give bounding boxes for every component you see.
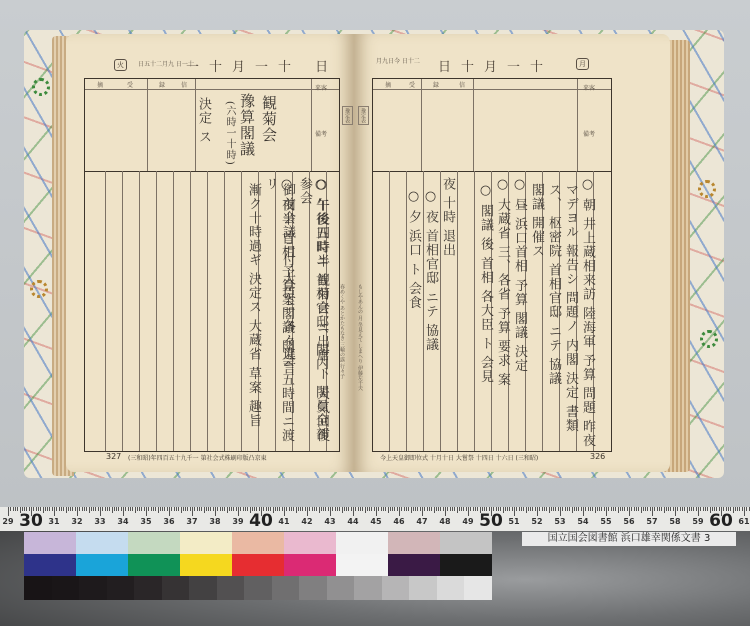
light-swatch-row — [24, 532, 492, 554]
ruler-number: 31 — [48, 517, 59, 526]
ruler-tick — [215, 507, 216, 516]
ruler-number: 51 — [508, 517, 519, 526]
column-header: 録 — [159, 80, 165, 89]
color-swatch — [24, 576, 52, 600]
ruler-minor-tick — [597, 507, 598, 511]
ruler-minor-tick — [565, 507, 566, 511]
page-footer: (三和昭)年四百五十九千一 第社会式株刷印版凸京東 — [128, 453, 267, 462]
ruler-minor-tick — [599, 507, 600, 511]
weekday-badge: 火 — [114, 59, 127, 71]
ruler-minor-tick — [144, 507, 145, 511]
ruler-tick — [468, 507, 469, 516]
ruler-minor-tick — [102, 507, 103, 511]
flower-motif — [32, 78, 50, 96]
column-header: 信 — [459, 80, 465, 89]
ruler-minor-tick — [190, 507, 191, 511]
page-footer: 今上天皇御即位式 十月十日 大嘗祭 十四日 十六日 (三和昭) — [380, 453, 538, 462]
ruler-minor-tick — [739, 507, 740, 511]
ruler-minor-tick — [204, 507, 205, 513]
ruler-minor-tick — [645, 507, 646, 511]
handwritten-note: 観菊会 — [261, 95, 277, 143]
ruler-minor-tick — [388, 507, 389, 513]
handwritten-note: (六時一十時) — [221, 101, 237, 166]
ruler-minor-tick — [707, 507, 708, 511]
ruler-minor-tick — [130, 507, 131, 511]
ruler-minor-tick — [346, 507, 347, 511]
ruler-minor-tick — [243, 507, 244, 511]
ruler-minor-tick — [158, 507, 159, 513]
ruler-minor-tick — [454, 507, 455, 511]
side-label: 来客 — [315, 83, 327, 92]
ruler-minor-tick — [109, 507, 110, 511]
ruled-line — [241, 171, 242, 451]
color-swatch — [327, 576, 355, 600]
ruler-minor-tick — [684, 507, 685, 511]
ruler-minor-tick — [576, 507, 577, 511]
ruler-minor-tick — [696, 507, 697, 511]
color-swatch — [128, 554, 180, 576]
ruler-minor-tick — [604, 507, 605, 511]
ruler-minor-tick — [194, 507, 195, 511]
ruler-number: 46 — [393, 517, 404, 526]
ruled-line — [207, 171, 208, 451]
ruler-minor-tick — [424, 507, 425, 511]
ruler-minor-tick — [611, 507, 612, 511]
ruler-minor-tick — [183, 507, 184, 511]
color-swatch — [299, 576, 327, 600]
ruler-minor-tick — [139, 507, 140, 511]
page-number: 326 — [590, 452, 605, 461]
ruler-minor-tick — [703, 507, 704, 511]
column-header: 録 — [433, 80, 439, 89]
ruler-tick — [330, 507, 331, 516]
ruler-minor-tick — [89, 507, 90, 513]
ruler-minor-tick — [201, 507, 202, 511]
ruler-minor-tick — [337, 507, 338, 511]
color-swatch — [284, 532, 336, 554]
ruler-minor-tick — [634, 507, 635, 511]
ruler-minor-tick — [52, 507, 53, 511]
ruler-minor-tick — [137, 507, 138, 511]
color-swatch — [244, 576, 272, 600]
column-header: 受 — [409, 80, 415, 89]
ruler-minor-tick — [572, 507, 573, 513]
ruler-minor-tick — [519, 507, 520, 511]
ruler-minor-tick — [56, 507, 57, 511]
color-swatch — [440, 554, 492, 576]
ruler-minor-tick — [160, 507, 161, 511]
ruler-minor-tick — [601, 507, 602, 511]
color-swatch — [437, 576, 465, 600]
ruler-minor-tick — [657, 507, 658, 511]
column-rule — [311, 79, 312, 171]
side-label: 来客 — [583, 83, 595, 92]
ruler-minor-tick — [277, 507, 278, 511]
ruler-minor-tick — [505, 507, 506, 511]
ruler-minor-tick — [429, 507, 430, 511]
ruler-minor-tick — [477, 507, 478, 511]
ruler-tick — [8, 507, 9, 516]
handwritten-note: 豫算閣議 — [239, 93, 255, 157]
ruler-minor-tick — [470, 507, 471, 511]
ruler-tick — [307, 507, 308, 516]
ruler-minor-tick — [385, 507, 386, 511]
ruler-number: 50 — [479, 511, 503, 531]
date-title: 日十月一十 — [438, 56, 553, 75]
entry-grid: 摘 受 録 信 来客 備考 ○ 朝 井上蔵相来訪 陸海軍 予算 問題 昨夜 マデ… — [372, 78, 612, 452]
ruler-minor-tick — [381, 507, 382, 511]
handwritten-entry: ○ 昼 浜口首相 予算 閣議 決定 — [511, 177, 527, 373]
ruler-minor-tick — [447, 507, 448, 511]
ruler-minor-tick — [82, 507, 83, 511]
ruler-minor-tick — [355, 507, 356, 511]
ruler-minor-tick — [66, 507, 67, 513]
handwritten-entry: ○ 夜 首相官邸 ニテ 協議 — [422, 189, 438, 352]
handwritten-entry: 閣議 開催ス — [528, 183, 544, 258]
ruler-minor-tick — [737, 507, 738, 511]
side-tab-label: 豫定表 — [342, 106, 353, 125]
ruled-line — [156, 171, 157, 451]
column-rule — [577, 79, 578, 171]
ruler-minor-tick — [95, 507, 96, 511]
ruler-minor-tick — [578, 507, 579, 511]
ruler-minor-tick — [650, 507, 651, 511]
ruler-minor-tick — [178, 507, 179, 511]
ruler-minor-tick — [213, 507, 214, 511]
ruler-minor-tick — [562, 507, 563, 511]
ruler-minor-tick — [551, 507, 552, 511]
ruler-minor-tick — [705, 507, 706, 511]
small-date-text: 月九日今 日十二 — [376, 56, 420, 65]
ruler-number: 49 — [462, 517, 473, 526]
ruler-minor-tick — [247, 507, 248, 511]
ruler-minor-tick — [440, 507, 441, 511]
ruler-minor-tick — [528, 507, 529, 511]
ruler-tick — [123, 507, 124, 516]
date-title: 一十月一十 日 — [186, 56, 338, 75]
ruler-minor-tick — [588, 507, 589, 511]
catalog-label: 国立国会図書館 浜口雄幸関係文書 3 — [522, 532, 736, 546]
ruler-minor-tick — [463, 507, 464, 511]
ruler-minor-tick — [348, 507, 349, 511]
ruler-minor-tick — [673, 507, 674, 511]
ruler-minor-tick — [365, 507, 366, 513]
ruler-minor-tick — [585, 507, 586, 511]
ruler-number: 33 — [94, 517, 105, 526]
ruler-minor-tick — [323, 507, 324, 511]
ruler-minor-tick — [141, 507, 142, 511]
ruler-minor-tick — [167, 507, 168, 511]
side-label: 備考 — [315, 129, 327, 138]
handwritten-entry: ○ 朝 井上蔵相来訪 陸海軍 予算 問題 昨夜 — [579, 177, 595, 448]
ruler-number: 38 — [209, 517, 220, 526]
color-swatch — [76, 532, 128, 554]
ruler-minor-tick — [394, 507, 395, 511]
entry-grid: 摘 受 録 信 来客 備考 観菊会 豫算閣議 (六時一十時) 決定 ス ○ 午 — [84, 78, 340, 452]
handwritten-entry: ○ 大蔵省 三、各省 予算 要求 案 — [494, 177, 510, 387]
ruler-minor-tick — [553, 507, 554, 511]
ruler-minor-tick — [735, 507, 736, 511]
ruler-minor-tick — [302, 507, 303, 511]
ruler-minor-tick — [620, 507, 621, 511]
ruler-minor-tick — [411, 507, 412, 513]
ruler-minor-tick — [13, 507, 14, 511]
ruler-minor-tick — [185, 507, 186, 511]
handwritten-entry: ○ 閣議 後 首相 各大臣 ト 会見 — [477, 183, 493, 384]
ruler-number: 56 — [623, 517, 634, 526]
ruler-minor-tick — [401, 507, 402, 511]
handwritten-note: 決定 ス — [195, 97, 211, 144]
ruler-number: 53 — [554, 517, 565, 526]
ruler-minor-tick — [289, 507, 290, 511]
ruler-minor-tick — [358, 507, 359, 511]
ruler-minor-tick — [339, 507, 340, 511]
color-swatch — [409, 576, 437, 600]
ruler-minor-tick — [521, 507, 522, 511]
ruler-minor-tick — [627, 507, 628, 511]
ruler-minor-tick — [112, 507, 113, 513]
color-swatch — [232, 554, 284, 576]
ruler-number: 40 — [249, 511, 273, 531]
ruler-minor-tick — [369, 507, 370, 511]
ruler-number: 44 — [347, 517, 358, 526]
ruler-tick — [399, 507, 400, 516]
ruler-number: 54 — [577, 517, 588, 526]
ruler-minor-tick — [114, 507, 115, 511]
ruler-minor-tick — [321, 507, 322, 511]
ruler-minor-tick — [181, 507, 182, 513]
ruler-minor-tick — [309, 507, 310, 511]
ruler-minor-tick — [164, 507, 165, 511]
header-rule — [85, 89, 339, 90]
ruler-minor-tick — [155, 507, 156, 511]
ruler-minor-tick — [595, 507, 596, 513]
diary-page-left: 火 日五十二月九 日一十 一十月一十 日 摘 受 録 信 来客 備考 — [66, 34, 354, 472]
ruler-minor-tick — [227, 507, 228, 513]
ruler-number: 41 — [278, 517, 289, 526]
color-swatch — [440, 532, 492, 554]
ruler-minor-tick — [360, 507, 361, 511]
ruler-minor-tick — [535, 507, 536, 511]
ruler-minor-tick — [404, 507, 405, 511]
ruler-minor-tick — [431, 507, 432, 511]
ruler-number: 35 — [140, 517, 151, 526]
ruler-minor-tick — [549, 507, 550, 513]
ruler-minor-tick — [312, 507, 313, 511]
ruler-minor-tick — [49, 507, 50, 511]
ruled-line — [173, 171, 174, 451]
ruler-minor-tick — [275, 507, 276, 511]
ruler-minor-tick — [406, 507, 407, 511]
ruler-minor-tick — [75, 507, 76, 511]
margin-quote: もしやあんの 月 冬見えて しまへり 伊藤左千夫 — [356, 284, 363, 404]
handwritten-entry: ○ 夜半 首相 予算案閣議 開会 五時間ニ渡リ — [262, 177, 294, 451]
ruler-minor-tick — [682, 507, 683, 511]
ruler-number: 47 — [416, 517, 427, 526]
ruled-line — [474, 171, 475, 451]
ruler-minor-tick — [641, 507, 642, 513]
ruler-minor-tick — [342, 507, 343, 513]
column-header: 摘 — [385, 80, 391, 89]
ruler-number: 52 — [531, 517, 542, 526]
ruler-minor-tick — [590, 507, 591, 511]
ruler-minor-tick — [229, 507, 230, 511]
ruler-minor-tick — [15, 507, 16, 511]
color-swatch — [180, 554, 232, 576]
ruler-number: 59 — [692, 517, 703, 526]
ruler-minor-tick — [417, 507, 418, 511]
ruler-minor-tick — [383, 507, 384, 511]
ruler-minor-tick — [222, 507, 223, 511]
ruler-number: 30 — [19, 511, 43, 531]
ruler-tick — [100, 507, 101, 516]
ruler-minor-tick — [286, 507, 287, 511]
ruled-line — [139, 171, 140, 451]
ruler-tick — [54, 507, 55, 516]
ruler-minor-tick — [512, 507, 513, 511]
ruler-tick — [675, 507, 676, 516]
color-swatch — [180, 532, 232, 554]
ruler-minor-tick — [371, 507, 372, 511]
measuring-ruler: 2930313233343536373839404142434445464748… — [0, 507, 750, 531]
ruler-minor-tick — [539, 507, 540, 511]
ruler-minor-tick — [378, 507, 379, 511]
ruler-minor-tick — [300, 507, 301, 511]
ruler-minor-tick — [293, 507, 294, 511]
ruler-minor-tick — [530, 507, 531, 511]
ruler-minor-tick — [132, 507, 133, 511]
ruler-number: 45 — [370, 517, 381, 526]
color-swatch — [134, 576, 162, 600]
ruler-minor-tick — [125, 507, 126, 511]
ruler-minor-tick — [10, 507, 11, 511]
ruler-tick — [652, 507, 653, 516]
color-swatch — [272, 576, 300, 600]
ruler-minor-tick — [392, 507, 393, 511]
ruler-minor-tick — [666, 507, 667, 511]
ruler-minor-tick — [654, 507, 655, 511]
ruler-minor-tick — [116, 507, 117, 511]
ruler-minor-tick — [459, 507, 460, 511]
column-header: 摘 — [97, 80, 103, 89]
color-swatch — [464, 576, 492, 600]
ruler-minor-tick — [569, 507, 570, 511]
ruler-minor-tick — [523, 507, 524, 511]
ruler-minor-tick — [105, 507, 106, 511]
ruler-minor-tick — [206, 507, 207, 511]
ruler-minor-tick — [93, 507, 94, 511]
ruler-number: 34 — [117, 517, 128, 526]
ruler-minor-tick — [438, 507, 439, 511]
ruler-minor-tick — [296, 507, 297, 513]
ruler-tick — [169, 507, 170, 516]
color-swatch — [24, 554, 76, 576]
ruler-minor-tick — [700, 507, 701, 511]
ruler-minor-tick — [245, 507, 246, 511]
ruler-number: 58 — [669, 517, 680, 526]
ruler-minor-tick — [84, 507, 85, 511]
flower-motif — [698, 180, 716, 198]
ruler-tick — [606, 507, 607, 516]
dark-swatch-row — [24, 554, 492, 576]
ruler-minor-tick — [450, 507, 451, 511]
ruled-line — [389, 171, 390, 451]
ruler-minor-tick — [63, 507, 64, 511]
ruler-tick — [744, 507, 745, 516]
ruler-minor-tick — [162, 507, 163, 511]
ruler-minor-tick — [670, 507, 671, 511]
color-swatch — [189, 576, 217, 600]
ruler-minor-tick — [68, 507, 69, 511]
color-swatch — [354, 576, 382, 600]
ruler-minor-tick — [638, 507, 639, 511]
ruler-minor-tick — [199, 507, 200, 511]
ruler-minor-tick — [298, 507, 299, 511]
ruler-minor-tick — [153, 507, 154, 511]
ruler-minor-tick — [622, 507, 623, 511]
ruler-tick — [376, 507, 377, 516]
ruler-minor-tick — [555, 507, 556, 511]
ruler-minor-tick — [408, 507, 409, 511]
ruler-minor-tick — [397, 507, 398, 511]
ruler-minor-tick — [224, 507, 225, 511]
ruler-tick — [445, 507, 446, 516]
color-swatch — [128, 532, 180, 554]
column-rule — [421, 79, 422, 171]
ruler-minor-tick — [217, 507, 218, 511]
ruler-minor-tick — [128, 507, 129, 511]
ruler-minor-tick — [574, 507, 575, 511]
ruler-number: 36 — [163, 517, 174, 526]
ruler-minor-tick — [581, 507, 582, 511]
ruler-tick — [238, 507, 239, 516]
column-header: 信 — [181, 80, 187, 89]
ruler-minor-tick — [135, 507, 136, 513]
color-swatch — [388, 554, 440, 576]
ruler-minor-tick — [17, 507, 18, 511]
header-rule — [373, 89, 611, 90]
ruler-minor-tick — [466, 507, 467, 511]
ruler-minor-tick — [415, 507, 416, 511]
ruler-number: 29 — [2, 517, 13, 526]
ruler-minor-tick — [220, 507, 221, 511]
ruler-tick — [192, 507, 193, 516]
ruler-minor-tick — [233, 507, 234, 511]
ruler-tick — [583, 507, 584, 516]
column-rule — [147, 79, 148, 171]
ruler-minor-tick — [240, 507, 241, 511]
column-rule — [473, 79, 474, 171]
ruler-minor-tick — [742, 507, 743, 511]
ruler-minor-tick — [282, 507, 283, 511]
color-swatch — [79, 576, 107, 600]
handwritten-entry: ス、 枢密院 首相官邸 ニテ 協議 — [545, 183, 561, 386]
ruler-minor-tick — [436, 507, 437, 511]
ruler-minor-tick — [434, 507, 435, 513]
ruled-line — [190, 171, 191, 451]
ruler-tick — [560, 507, 561, 516]
ruler-number: 42 — [301, 517, 312, 526]
ruler-tick — [537, 507, 538, 516]
color-swatch — [162, 576, 190, 600]
ruler-minor-tick — [680, 507, 681, 511]
grayscale-row — [24, 576, 492, 600]
diary-page-right: 月九日今 日十二 日十月一十 月 摘 受 録 信 来客 備考 — [354, 34, 670, 472]
ruler-minor-tick — [316, 507, 317, 511]
side-tab-label: 豫定表 — [358, 106, 369, 125]
ruler-minor-tick — [427, 507, 428, 511]
handwritten-entry: マデヨル 報告シ 問題ノ 内閣 決定 書類 — [562, 183, 578, 433]
